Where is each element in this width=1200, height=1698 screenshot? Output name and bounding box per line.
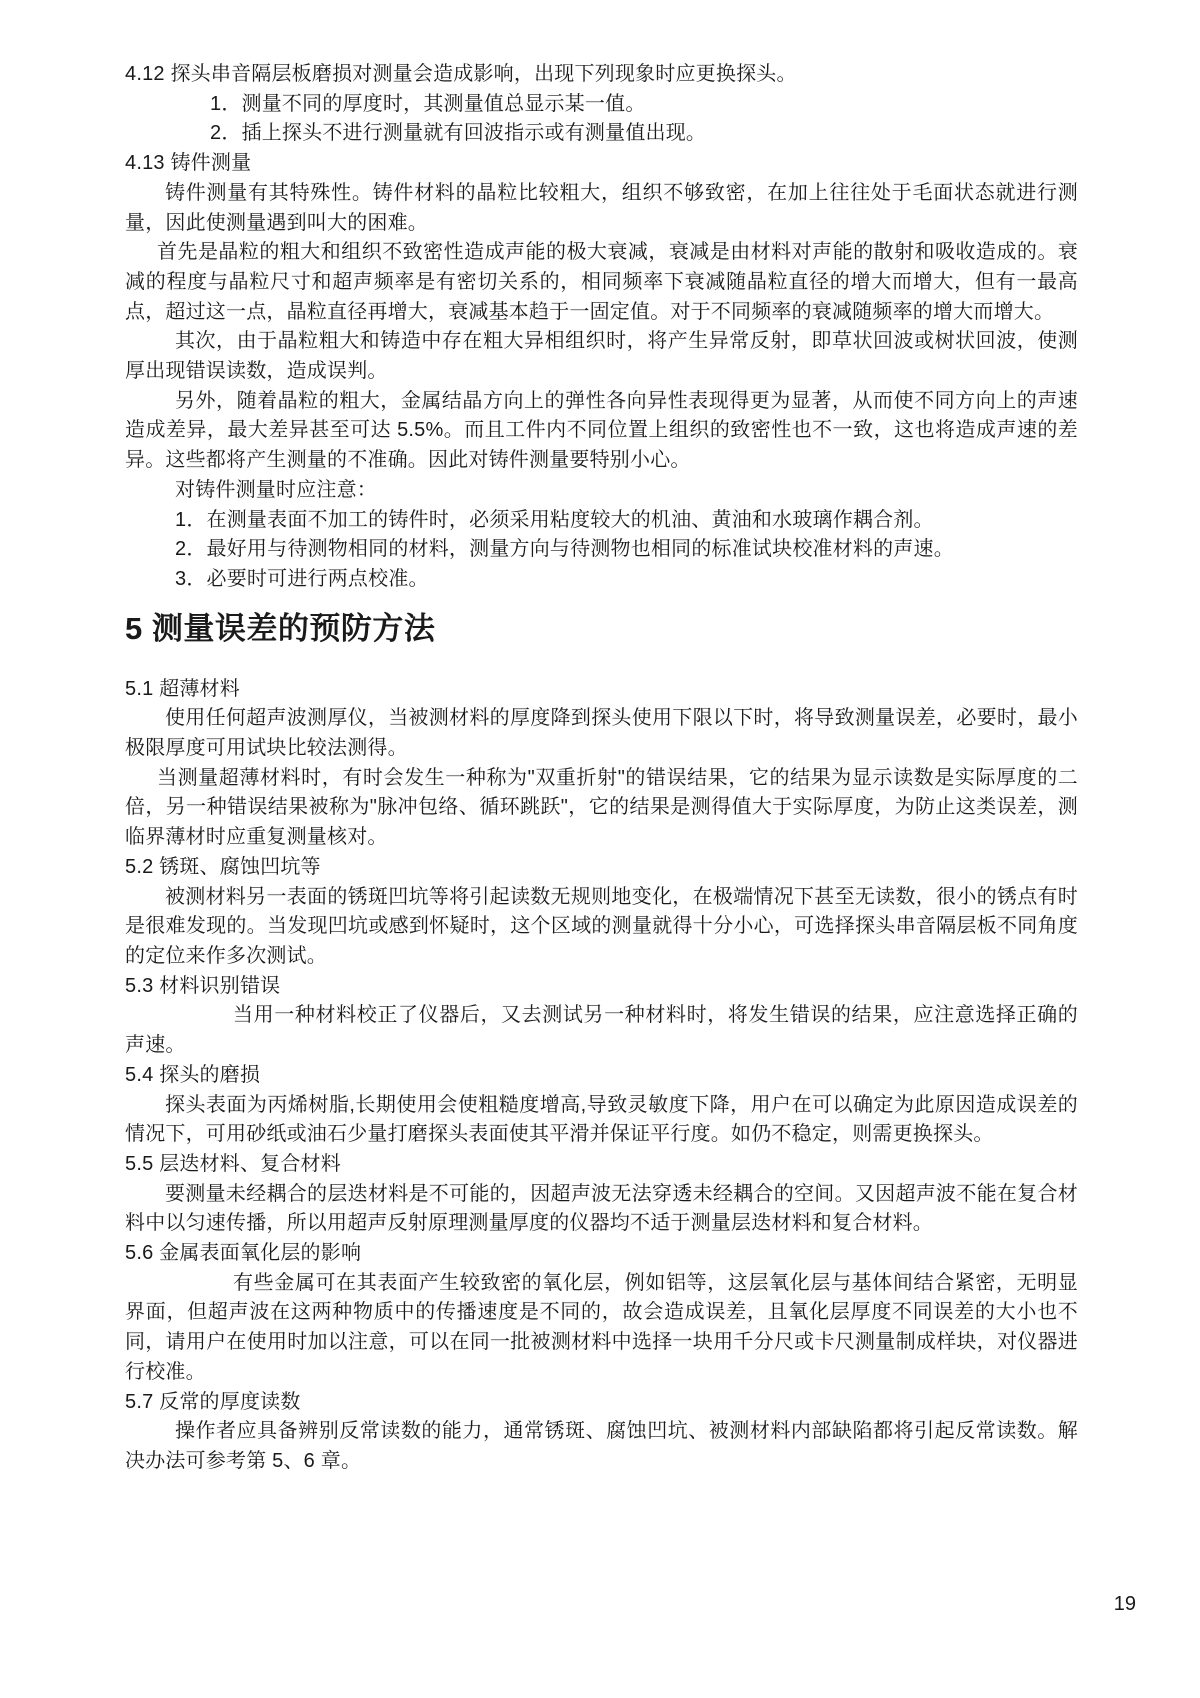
paragraph-abnormal-reflection: 其次，由于晶粒粗大和铸造中存在粗大异相组织时，将产生异常反射，即草状回波或树状回… — [125, 327, 1078, 386]
paragraph-casting-notes-lead: 对铸件测量时应注意： — [125, 476, 1078, 506]
paragraph-probe-wear: 探头表面为丙烯树脂,长期使用会使粗糙度增高,导致灵敏度下降，用户在可以确定为此原… — [125, 1091, 1078, 1150]
casting-note-1: 1．在测量表面不加工的铸件时，必须采用粘度较大的机油、黄油和水玻璃作耦合剂。 — [125, 506, 1078, 536]
paragraph-thin-material-1: 使用任何超声波测厚仪，当被测材料的厚度降到探头使用下限以下时，将导致测量误差，必… — [125, 704, 1078, 763]
paragraph-anisotropy: 另外，随着晶粒的粗大，金属结晶方向上的弹性各向异性表现得更为显著，从而使不同方向… — [125, 387, 1078, 476]
section-heading-5-1: 5.1 超薄材料 — [125, 675, 1078, 705]
section-heading-5-7: 5.7 反常的厚度读数 — [125, 1388, 1078, 1418]
section-heading-5-4: 5.4 探头的磨损 — [125, 1061, 1078, 1091]
list-item-1: 1．测量不同的厚度时，其测量值总显示某一值。 — [125, 90, 1078, 120]
paragraph-grain-attenuation: 首先是晶粒的粗大和组织不致密性造成声能的极大衰减，衰减是由材料对声能的散射和吸收… — [125, 238, 1078, 327]
paragraph-abnormal-readings: 操作者应具备辨别反常读数的能力，通常锈斑、腐蚀凹坑、被测材料内部缺陷都将引起反常… — [125, 1417, 1078, 1476]
paragraph-rust-pits: 被测材料另一表面的锈斑凹坑等将引起读数无规则地变化，在极端情况下甚至无读数，很小… — [125, 883, 1078, 972]
list-item-2: 2．插上探头不进行测量就有回波指示或有测量值出现。 — [125, 119, 1078, 149]
section-heading-5-3: 5.3 材料识别错误 — [125, 972, 1078, 1002]
chapter-5-heading: 5 测量误差的预防方法 — [125, 609, 1078, 649]
section-heading-5-5: 5.5 层迭材料、复合材料 — [125, 1150, 1078, 1180]
casting-note-2: 2．最好用与待测物相同的材料，测量方向与待测物也相同的标准试块校准材料的声速。 — [125, 535, 1078, 565]
paragraph-casting-intro: 铸件测量有其特殊性。铸件材料的晶粒比较粗大，组织不够致密，在加上往往处于毛面状态… — [125, 179, 1078, 238]
document-content: 4.12 探头串音隔层板磨损对测量会造成影响，出现下列现象时应更换探头。 1．测… — [125, 60, 1078, 1477]
page-number: 19 — [1114, 1593, 1136, 1616]
section-heading-5-2: 5.2 锈斑、腐蚀凹坑等 — [125, 853, 1078, 883]
paragraph-material-misidentification: 当用一种材料校正了仪器后，又去测试另一种材料时，将发生错误的结果，应注意选择正确… — [125, 1001, 1078, 1060]
casting-note-3: 3．必要时可进行两点校准。 — [125, 565, 1078, 595]
document-page: 4.12 探头串音隔层板磨损对测量会造成影响，出现下列现象时应更换探头。 1．测… — [0, 0, 1200, 1698]
paragraph-laminated-materials: 要测量未经耦合的层迭材料是不可能的，因超声波无法穿透未经耦合的空间。又因超声波不… — [125, 1180, 1078, 1239]
paragraph-oxide-layer: 有些金属可在其表面产生较致密的氧化层，例如铝等，这层氧化层与基体间结合紧密，无明… — [125, 1269, 1078, 1388]
paragraph-thin-material-2: 当测量超薄材料时，有时会发生一种称为"双重折射"的错误结果，它的结果为显示读数是… — [125, 764, 1078, 853]
section-heading-4-12: 4.12 探头串音隔层板磨损对测量会造成影响，出现下列现象时应更换探头。 — [125, 60, 1078, 90]
section-heading-4-13: 4.13 铸件测量 — [125, 149, 1078, 179]
section-heading-5-6: 5.6 金属表面氧化层的影响 — [125, 1239, 1078, 1269]
